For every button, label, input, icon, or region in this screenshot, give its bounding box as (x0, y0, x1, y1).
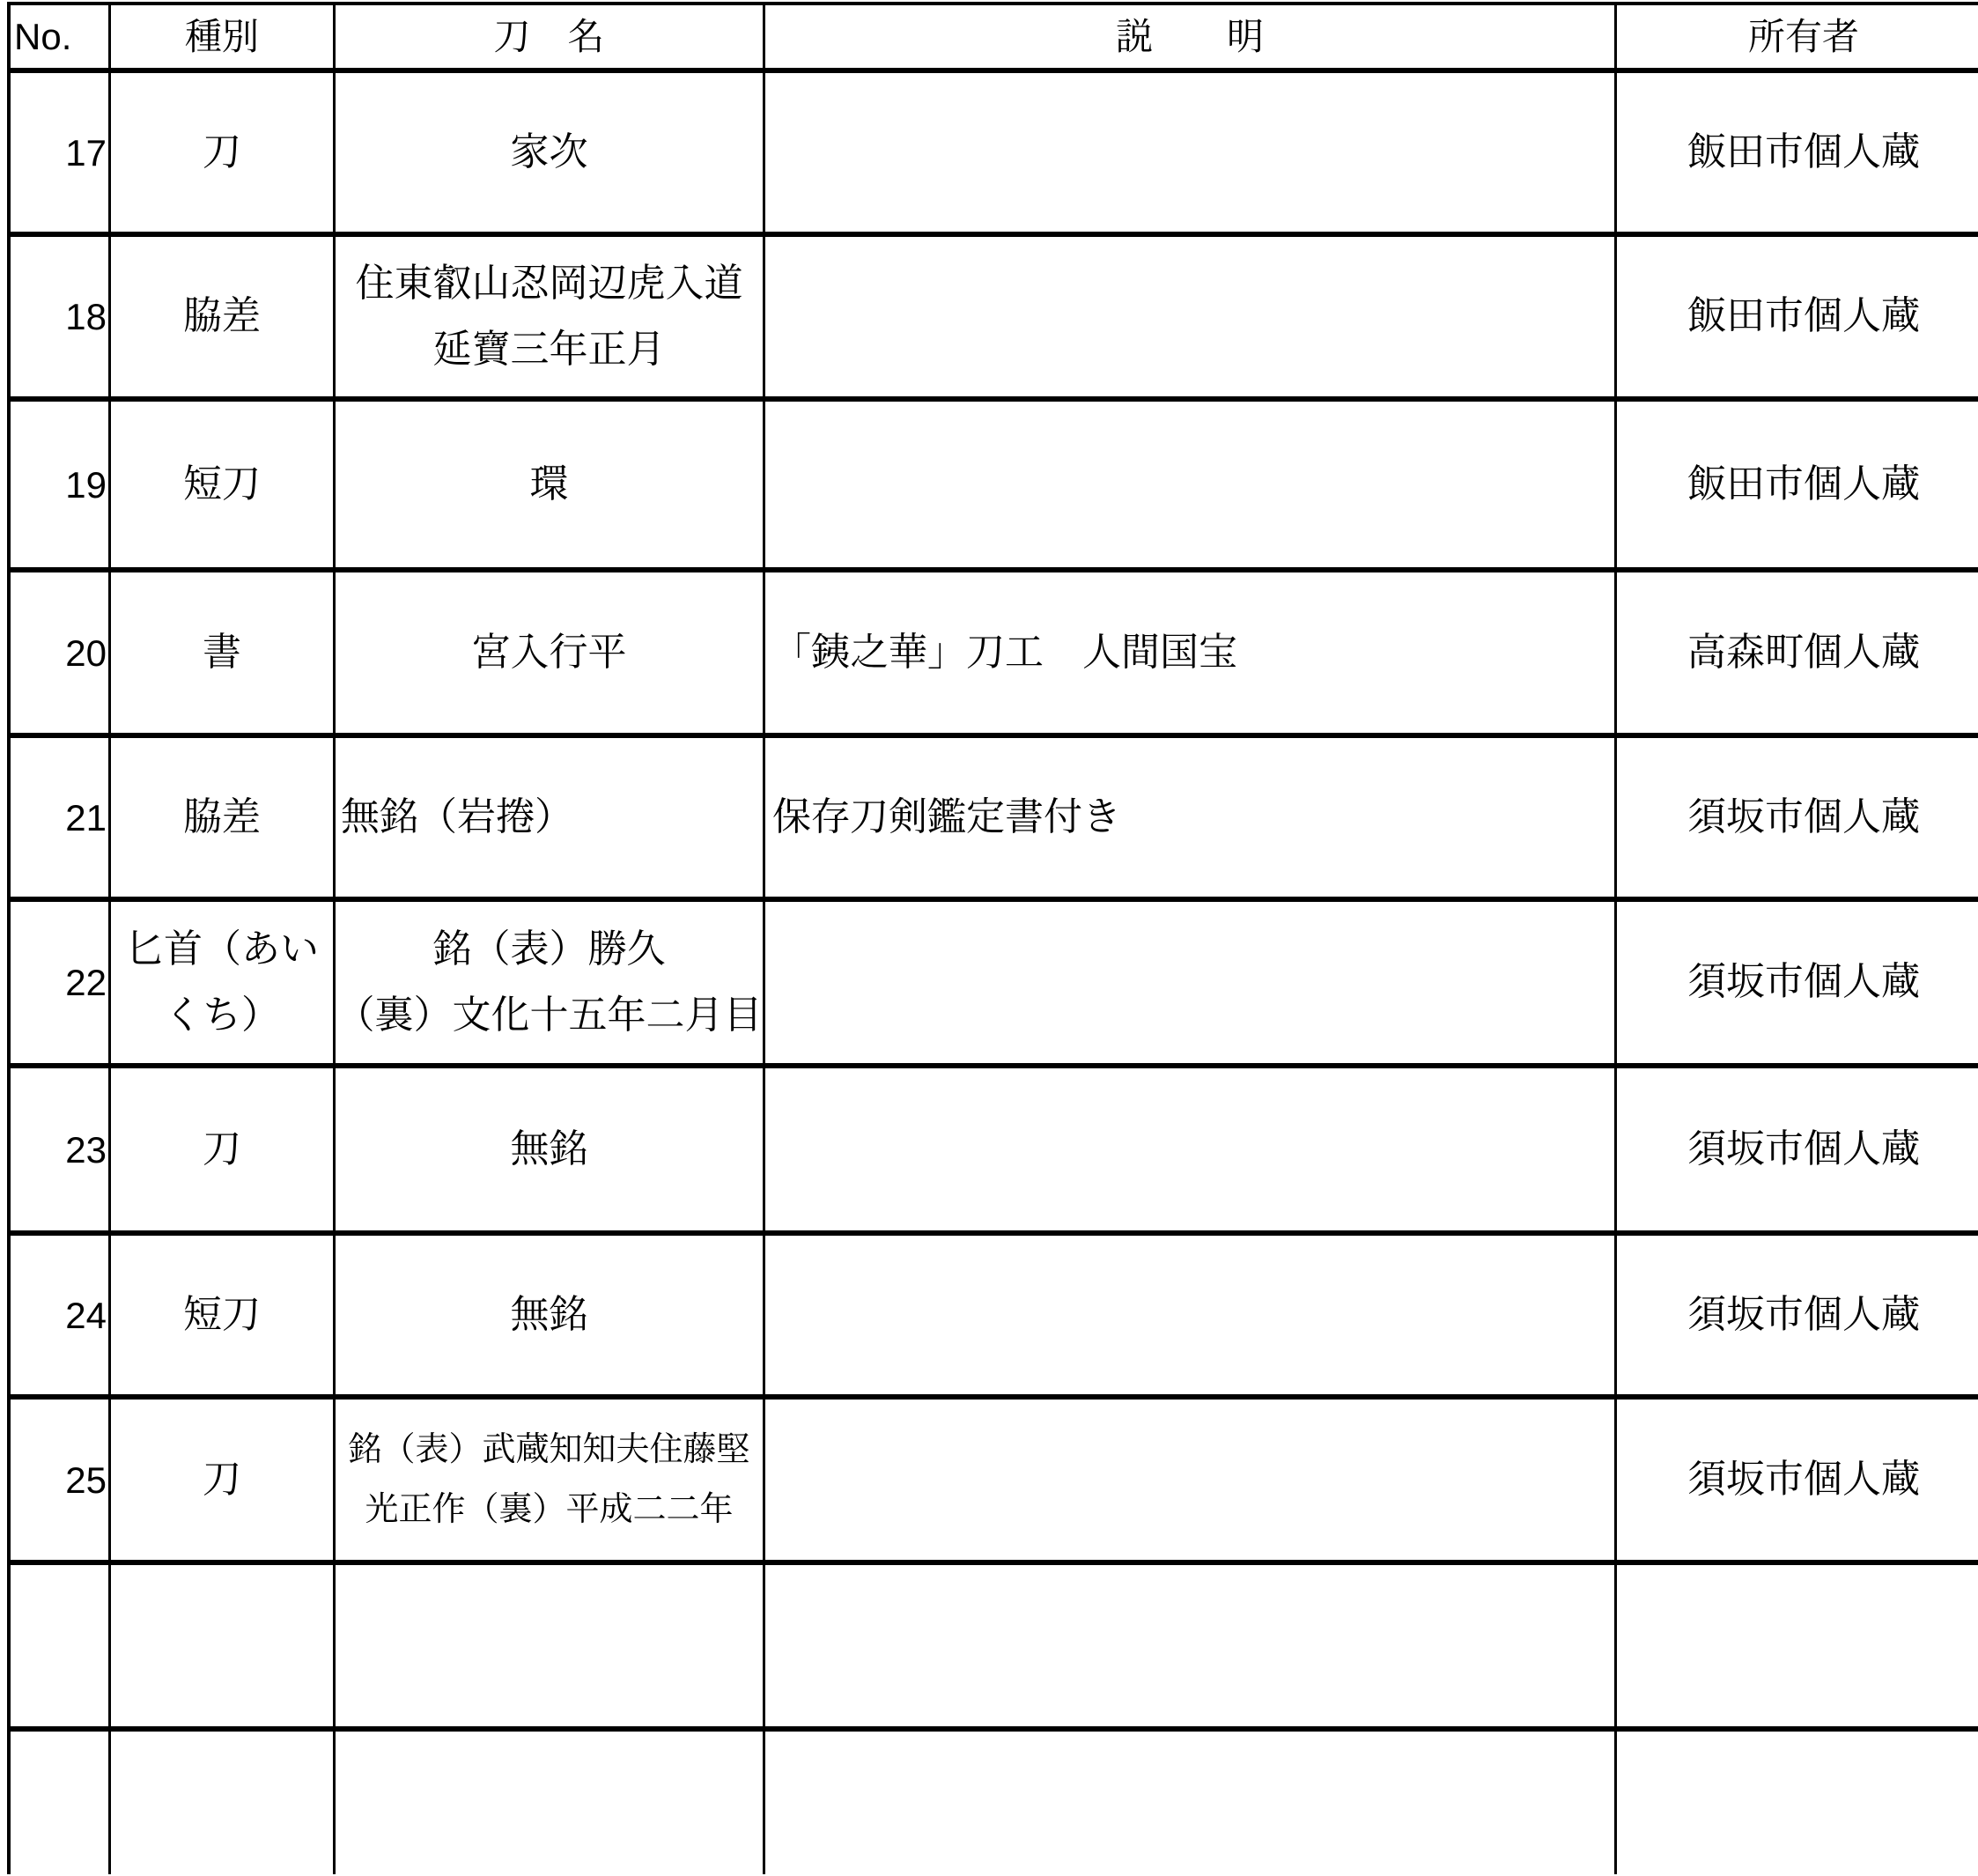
col-header-owner: 所有者 (1617, 5, 1978, 73)
no-cell: 19 (11, 402, 111, 572)
name-cell: 宮入行平 (336, 572, 765, 738)
owner-cell (1617, 1732, 1978, 1874)
owner-cell: 飯田市個人蔵 (1617, 402, 1978, 572)
type-cell: 匕首（あいくち） (111, 902, 336, 1068)
name-cell: 銘（表）武蔵知知夫住藤堅光正作（裏）平成二二年 (336, 1400, 765, 1565)
name-cell (336, 1732, 765, 1874)
name-cell: 住東叡山忍岡辺虎入道延寶三年正月 (336, 237, 765, 402)
type-cell: 短刀 (111, 402, 336, 572)
description-cell (765, 402, 1617, 572)
table-row: 24 短刀 無銘 須坂市個人蔵 (11, 1236, 1978, 1400)
name-line-1: 住東叡山忍岡辺虎入道 (336, 251, 763, 317)
name-line-2: 延寶三年正月 (336, 317, 763, 383)
table-row: 17 刀 家次 飯田市個人蔵 (11, 73, 1978, 237)
description-cell: 保存刀剣鑑定書付き (765, 738, 1617, 902)
owner-cell: 須坂市個人蔵 (1617, 1400, 1978, 1565)
table-row: 19 短刀 環 飯田市個人蔵 (11, 402, 1978, 572)
owner-cell: 飯田市個人蔵 (1617, 237, 1978, 402)
owner-cell: 須坂市個人蔵 (1617, 1068, 1978, 1236)
name-line-1: 銘（表）勝久 (336, 917, 763, 983)
name-line-2: （裏）文化十五年二月目 (336, 983, 763, 1049)
no-cell: 23 (11, 1068, 111, 1236)
description-cell (765, 1400, 1617, 1565)
owner-cell: 須坂市個人蔵 (1617, 738, 1978, 902)
no-cell: 18 (11, 237, 111, 402)
name-line-2: 光正作（裏）平成二二年 (336, 1480, 763, 1540)
no-cell: 21 (11, 738, 111, 902)
owner-cell: 須坂市個人蔵 (1617, 1236, 1978, 1400)
type-cell: 脇差 (111, 738, 336, 902)
no-cell: 24 (11, 1236, 111, 1400)
description-cell: 「銕之華」刀工 人間国宝 (765, 572, 1617, 738)
description-cell (765, 902, 1617, 1068)
name-line-1: 無銘 (336, 1282, 763, 1348)
no-cell (11, 1565, 111, 1732)
name-cell: 無銘 (336, 1068, 765, 1236)
description-cell (765, 1068, 1617, 1236)
name-cell (336, 1565, 765, 1732)
description-cell (765, 1565, 1617, 1732)
owner-cell: 須坂市個人蔵 (1617, 902, 1978, 1068)
table-row-empty (11, 1565, 1978, 1732)
table-row: 18 脇差 住東叡山忍岡辺虎入道延寶三年正月 飯田市個人蔵 (11, 237, 1978, 402)
type-cell: 短刀 (111, 1236, 336, 1400)
name-cell: 環 (336, 402, 765, 572)
owner-cell: 高森町個人蔵 (1617, 572, 1978, 738)
type-cell (111, 1565, 336, 1732)
name-cell: 銘（表）勝久（裏）文化十五年二月目 (336, 902, 765, 1068)
table-row: 20 書 宮入行平 「銕之華」刀工 人間国宝 高森町個人蔵 (11, 572, 1978, 738)
name-line-1: 環 (336, 452, 763, 518)
sword-table: No. 種別 刀 名 説 明 所有者 17 刀 家次 飯田市個人蔵 18 脇差 … (7, 2, 1978, 1874)
table-row: 25 刀 銘（表）武蔵知知夫住藤堅光正作（裏）平成二二年 須坂市個人蔵 (11, 1400, 1978, 1565)
name-cell: 家次 (336, 73, 765, 237)
col-header-no: No. (11, 5, 111, 73)
table-row: 22 匕首（あいくち） 銘（表）勝久（裏）文化十五年二月目 須坂市個人蔵 (11, 902, 1978, 1068)
description-cell (765, 1732, 1617, 1874)
sword-list-document: No. 種別 刀 名 説 明 所有者 17 刀 家次 飯田市個人蔵 18 脇差 … (7, 2, 1978, 1874)
type-line-2: くち） (111, 983, 333, 1049)
name-line-1: 家次 (336, 120, 763, 186)
col-header-type: 種別 (111, 5, 336, 73)
no-cell: 22 (11, 902, 111, 1068)
no-cell: 25 (11, 1400, 111, 1565)
description-cell (765, 73, 1617, 237)
name-line-1: 無銘 (336, 1117, 763, 1183)
table-row-empty (11, 1732, 1978, 1874)
table-row: 23 刀 無銘 須坂市個人蔵 (11, 1068, 1978, 1236)
no-cell (11, 1732, 111, 1874)
type-cell: 刀 (111, 73, 336, 237)
name-cell: 無銘 (336, 1236, 765, 1400)
owner-cell (1617, 1565, 1978, 1732)
type-cell: 書 (111, 572, 336, 738)
type-cell: 脇差 (111, 237, 336, 402)
col-header-sword-name: 刀 名 (336, 5, 765, 73)
type-line-1: 匕首（あい (111, 917, 333, 983)
no-cell: 20 (11, 572, 111, 738)
description-cell (765, 1236, 1617, 1400)
type-cell (111, 1732, 336, 1874)
table-row: 21 脇差 無銘（岩捲） 保存刀剣鑑定書付き 須坂市個人蔵 (11, 738, 1978, 902)
name-line-1: 銘（表）武蔵知知夫住藤堅 (336, 1420, 763, 1480)
name-cell: 無銘（岩捲） (336, 738, 765, 902)
type-cell: 刀 (111, 1068, 336, 1236)
col-header-description: 説 明 (765, 5, 1617, 73)
description-cell (765, 237, 1617, 402)
owner-cell: 飯田市個人蔵 (1617, 73, 1978, 237)
header-row: No. 種別 刀 名 説 明 所有者 (11, 5, 1978, 73)
name-line-1: 宮入行平 (336, 620, 763, 686)
type-cell: 刀 (111, 1400, 336, 1565)
name-line-1: 無銘（岩捲） (341, 785, 763, 851)
no-cell: 17 (11, 73, 111, 237)
